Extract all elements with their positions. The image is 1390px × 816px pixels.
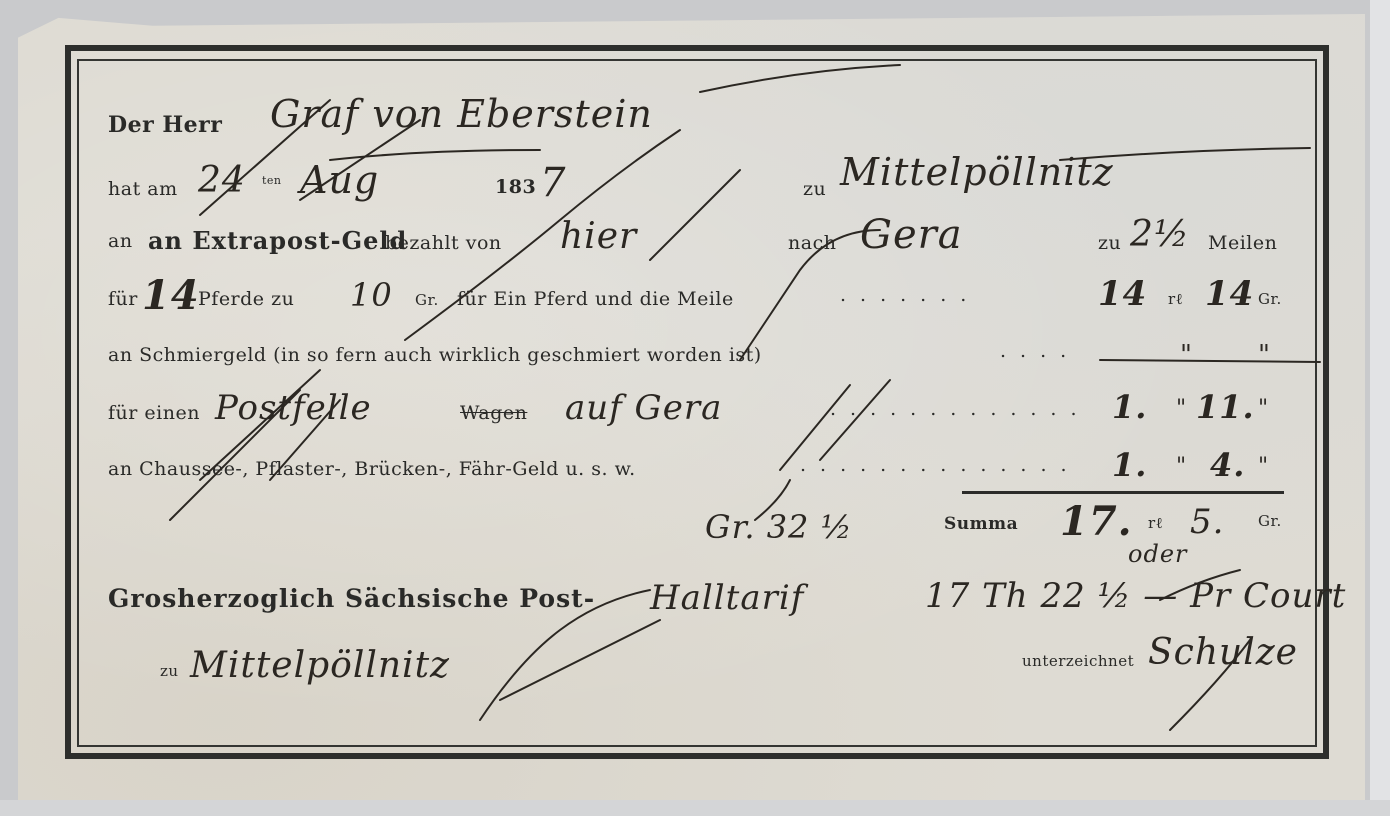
ink-flourishes: [0, 0, 1390, 816]
